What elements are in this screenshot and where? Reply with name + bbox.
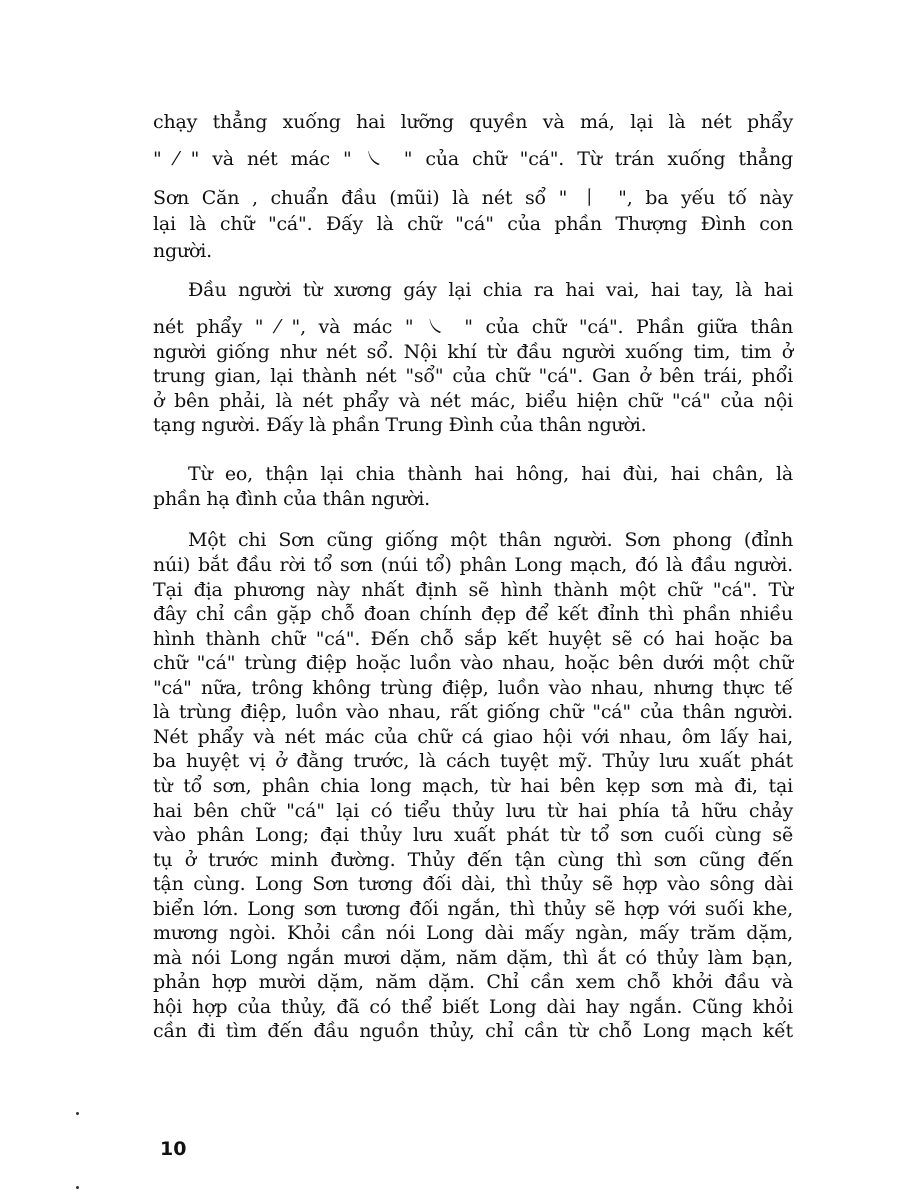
text-line: tận cùng. Long Sơn tương đối dài, thì th… bbox=[153, 872, 793, 896]
text-line: mương ngòi. Khỏi cần nói Long dài mấy ng… bbox=[153, 921, 793, 945]
text-line: phần hạ đình của thân người. bbox=[153, 487, 793, 511]
text-line: biển lớn. Long sơn tương đối ngắn, thì t… bbox=[153, 897, 793, 921]
text-line: ba huyệt vị ở đằng trước, là cách tuyệt … bbox=[153, 749, 793, 773]
text-line: người giống như nét sổ. Nội khí từ đầu n… bbox=[153, 340, 793, 364]
text-line: Đầu người từ xương gáy lại chia ra hai v… bbox=[188, 278, 793, 302]
text-line: " ⁄ " và nét mác " ㇏ " của chữ "cá". Từ … bbox=[153, 147, 793, 171]
text-line: trung gian, lại thành nét "sổ" của chữ "… bbox=[153, 364, 793, 388]
text-line: tạng người. Đấy là phần Trung Đình của t… bbox=[153, 413, 793, 437]
text-line: Tại địa phương này nhất định sẽ hình thà… bbox=[153, 578, 793, 602]
text-line: từ tổ sơn, phân chia long mạch, từ hai b… bbox=[153, 774, 793, 798]
text-line: "cá" nữa, trông không trùng điệp, luồn v… bbox=[153, 676, 793, 700]
text-line: ở bên phải, là nét phẩy và nét mác, biểu… bbox=[153, 389, 793, 413]
text-line: người. bbox=[153, 239, 793, 263]
text-line: Sơn Căn , chuẩn đầu (mũi) là nét sổ " 丨 … bbox=[153, 186, 793, 210]
text-line: Từ eo, thận lại chia thành hai hông, hai… bbox=[188, 462, 793, 486]
text-line: đây chỉ cần gặp chỗ đoan chính đẹp để kế… bbox=[153, 602, 793, 626]
text-line: hình thành chữ "cá". Đến chỗ sắp kết huy… bbox=[153, 627, 793, 651]
scan-speck bbox=[76, 1186, 79, 1189]
text-line: tụ ở trước minh đường. Thủy đến tận cùng… bbox=[153, 848, 793, 872]
text-line: phản hợp mười dặm, năm dặm. Chỉ cần xem … bbox=[153, 970, 793, 994]
text-line: Nét phẩy và nét mác của chữ cá giao hội … bbox=[153, 725, 793, 749]
page-number: 10 bbox=[160, 1138, 186, 1160]
scan-speck bbox=[76, 1112, 79, 1115]
text-line: hội hợp của thủy, đã có thể biết Long dà… bbox=[153, 995, 793, 1019]
text-line: hai bên chữ "cá" lại có tiểu thủy lưu từ… bbox=[153, 799, 793, 823]
text-line: Một chi Sơn cũng giống một thân người. S… bbox=[188, 528, 793, 552]
text-line: núi) bắt đầu rời tổ sơn (núi tổ) phân Lo… bbox=[153, 553, 793, 577]
text-line: chạy thẳng xuống hai lưỡng quyền và má, … bbox=[153, 110, 793, 134]
text-line: nét phẩy " ⁄ ", và mác " ㇏ " của chữ "cá… bbox=[153, 315, 793, 339]
document-page: chạy thẳng xuống hai lưỡng quyền và má, … bbox=[0, 0, 921, 1200]
text-line: lại là chữ "cá". Đấy là chữ "cá" của phầ… bbox=[153, 212, 793, 236]
text-line: chữ "cá" trùng điệp hoặc luồn vào nhau, … bbox=[153, 651, 793, 675]
text-line: là trùng điệp, luồn vào nhau, rất giống … bbox=[153, 700, 793, 724]
text-line: vào phân Long; đại thủy lưu xuất phát từ… bbox=[153, 823, 793, 847]
text-line: cần đi tìm đến đầu nguồn thủy, chỉ cần t… bbox=[153, 1019, 793, 1043]
text-line: mà nói Long ngắn mươi dặm, năm dặm, thì … bbox=[153, 946, 793, 970]
